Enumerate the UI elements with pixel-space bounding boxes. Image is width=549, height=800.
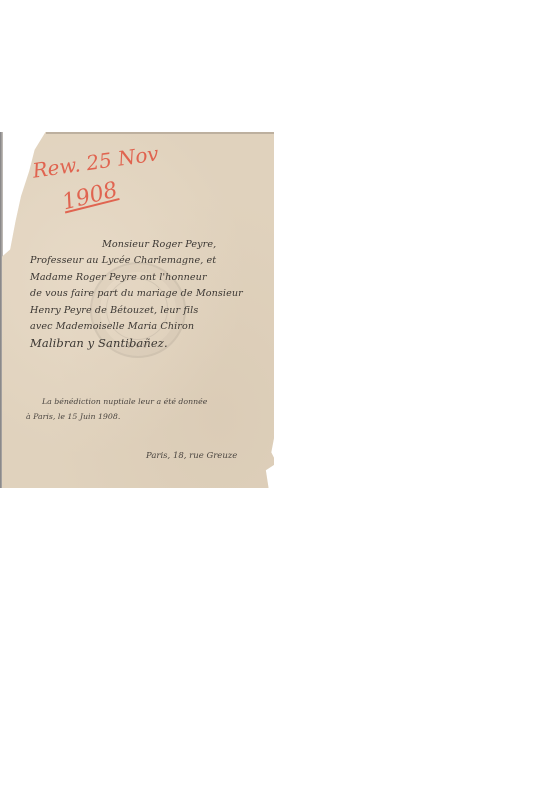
ceremony-line: La bénédiction nuptiale leur a été donné…	[26, 394, 266, 409]
ceremony-line: à Paris, le 15 Juin 1908.	[26, 409, 266, 424]
announcement-line: avec Mademoiselle Maria Chiron	[30, 319, 266, 335]
announcement-line: de vous faire part du mariage de Monsieu…	[30, 286, 266, 302]
scanned-paper: RVV Rew. 25 Nov 1908 Monsieur Roger Peyr…	[2, 132, 274, 488]
sender-address: Paris, 18, rue Greuze	[146, 451, 237, 461]
announcement-text: Monsieur Roger Peyre, Professeur au Lycé…	[30, 237, 266, 352]
announcement-line: Malibran y Santibañez.	[30, 335, 266, 351]
paper-top-edge	[46, 132, 274, 134]
document-viewer: RVV Rew. 25 Nov 1908 Monsieur Roger Peyr…	[0, 0, 549, 800]
ceremony-text: La bénédiction nuptiale leur a été donné…	[26, 394, 266, 424]
red-annotation-year: 1908	[60, 178, 120, 216]
announcement-line: Madame Roger Peyre ont l'honneur	[30, 270, 266, 286]
red-annotation-date: Rew. 25 Nov	[31, 141, 160, 182]
announcement-line: Professeur au Lycée Charlemagne, et	[30, 253, 266, 269]
announcement-line: Henry Peyre de Bétouzet, leur fils	[30, 303, 266, 319]
announcement-line: Monsieur Roger Peyre,	[30, 237, 266, 253]
